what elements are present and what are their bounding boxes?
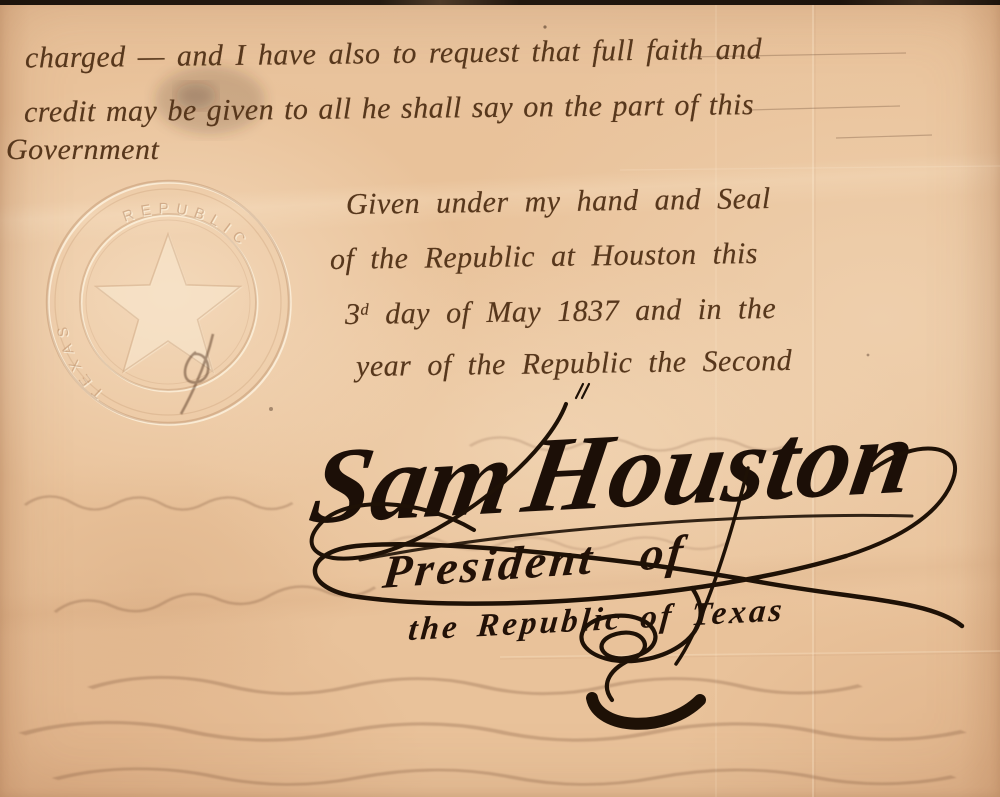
top-edge-strip [0,0,1000,5]
letter-line-3: Government [6,133,159,167]
date-line-rest: day of May 1837 and in the [369,292,776,331]
attestation-line-2: of the Republic at Houston this [330,237,758,277]
attestation-line-4: year of the Republic the Second [356,344,793,384]
date-day: 3 [345,298,361,331]
attestation-line-3: 3d day of May 1837 and in the [345,292,777,332]
attestation-line-1: Given under my hand and Seal [346,182,771,222]
scanned-letter: REPUBLIC TEXAS REPUBLIC TEXAS [0,0,1000,797]
